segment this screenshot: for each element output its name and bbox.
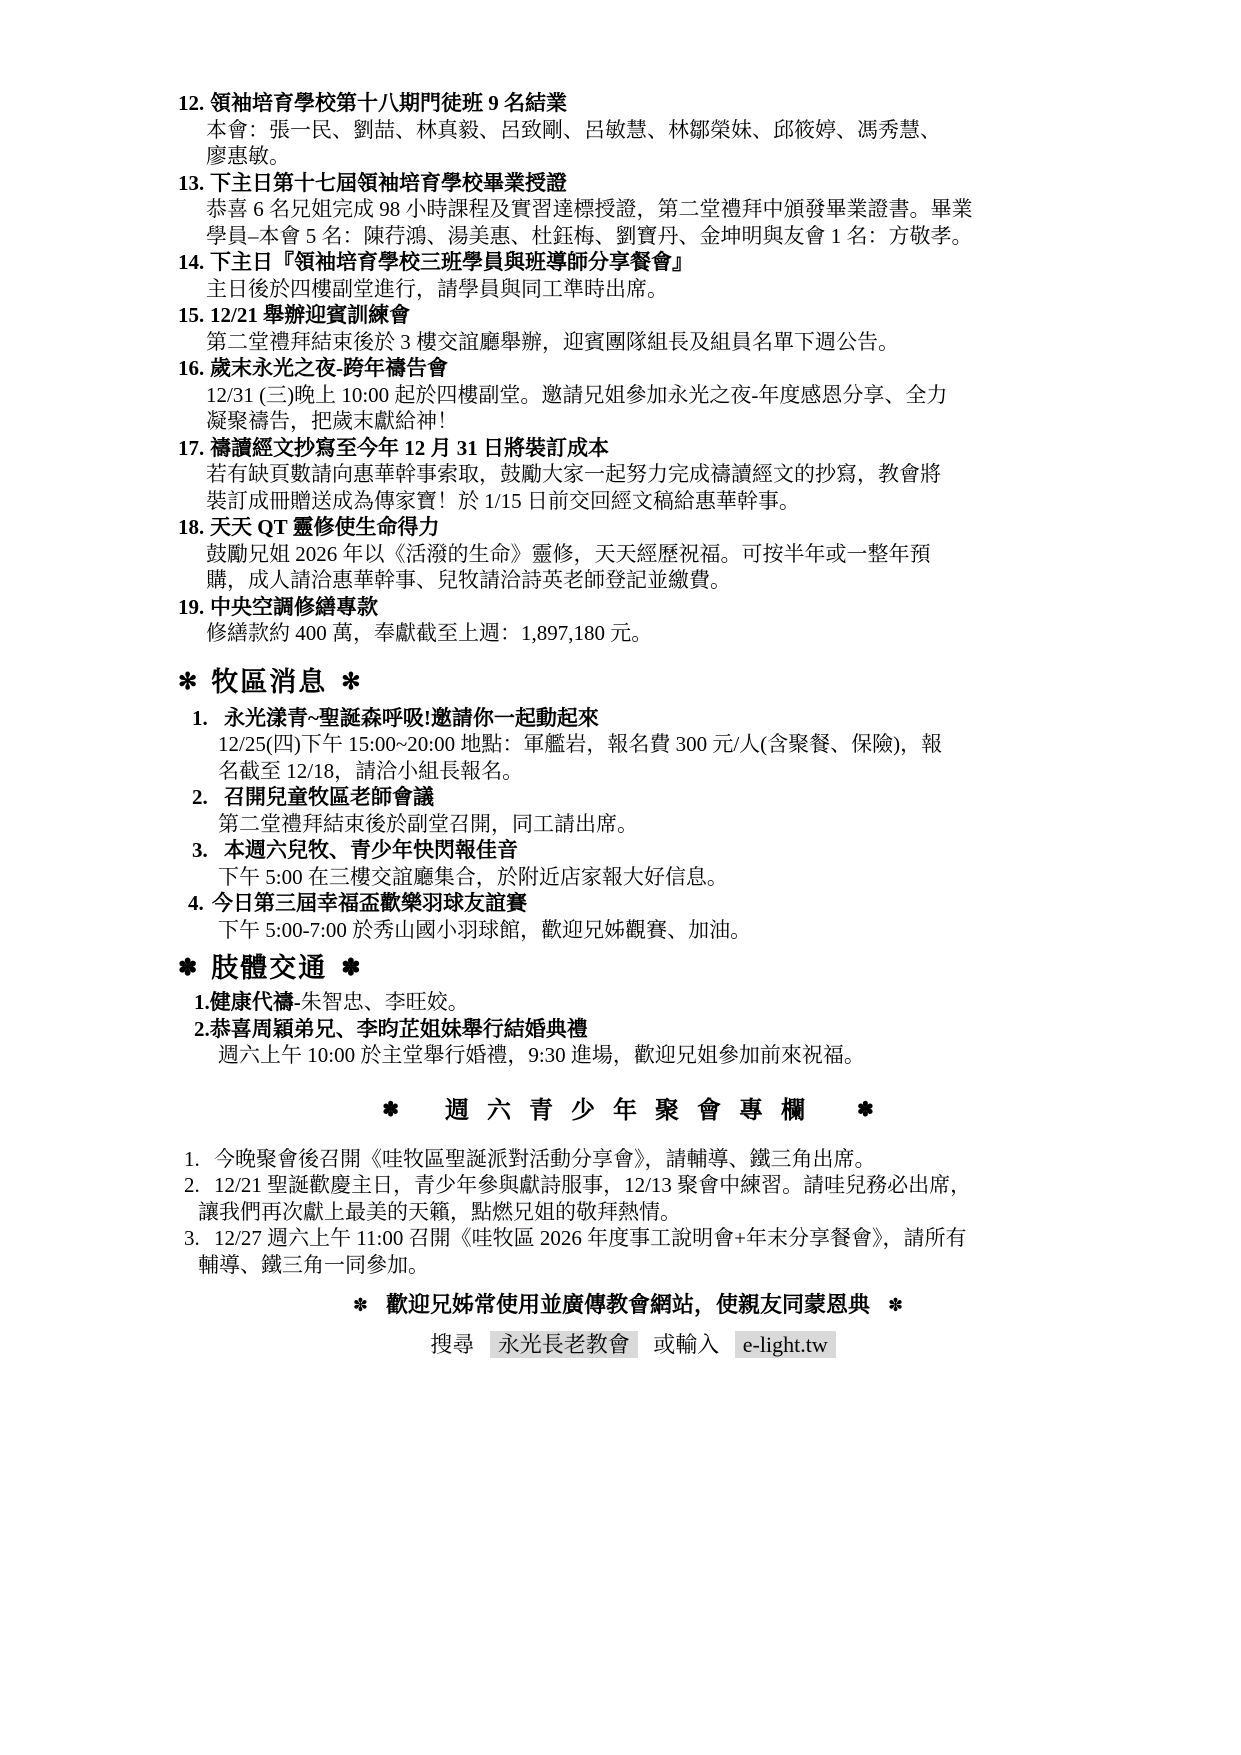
item-line: 今晚聚會後召開《哇牧區聖誕派對活動分享會》，請輔導、鐵三角出席。 [214,1146,876,1173]
announcement-item: 12. 領袖培育學校第十八期門徒班 9 名結業 本會：張一民、劉喆、林真毅、呂致… [178,90,1078,170]
parish-item-heading: 4. 今日第三屆幸福盃歡樂羽球友誼賽 [178,890,1078,917]
item-number: 19. [178,594,210,621]
announcement-heading: 17. 禱讀經文抄寫至今年 12 月 31 日將裝訂成本 [178,435,1078,462]
website-promo-line: ✽歡迎兄姊常使用並廣傳教會網站，使親友同蒙恩典✽ [178,1290,1078,1320]
footer-section: ✽歡迎兄姊常使用並廣傳教會網站，使親友同蒙恩典✽ 搜尋 永光長老教會 或輸入 e… [178,1290,1078,1359]
item-number: 15. [178,302,210,329]
item-title: 天天 QT 靈修使生命得力 [210,514,439,541]
parish-item: 1. 永光漾青~聖誕森呼吸!邀請你一起動起來 12/25(四)下午 15:00~… [178,705,1078,785]
search-term-highlight: 永光長老教會 [490,1331,638,1358]
announcement-item: 17. 禱讀經文抄寫至今年 12 月 31 日將裝訂成本 若有缺頁數請向惠華幹事… [178,435,1078,515]
item-line: 主日後於四樓副堂進行，請學員與同工準時出席。 [178,276,1078,303]
item-text: 朱智忠、李旺姣。 [301,990,469,1014]
announcement-heading: 14. 下主日『領袖培育學校三班學員與班導師分享餐會』 [178,249,1078,276]
item-title: 下主日『領袖培育學校三班學員與班導師分享餐會』 [210,249,693,276]
item-title: 健康代禱- [210,990,301,1014]
item-line: 輔導、鐵三角一同參加。 [178,1252,1078,1279]
item-number: 2. [192,784,224,811]
website-url-highlight: e-light.tw [735,1331,836,1358]
item-line: 12/25(四)下午 15:00~20:00 地點：軍艦岩，報名費 300 元/… [178,731,1078,758]
item-number: 3. [184,1225,214,1252]
item-line: 12/21 聖誕歡慶主日，青少年參與獻詩服事，12/13 聚會中練習。請哇兒務必… [214,1172,971,1199]
bulletin-content: 12. 領袖培育學校第十八期門徒班 9 名結業 本會：張一民、劉喆、林真毅、呂致… [178,90,1078,1359]
fellowship-item: 1.健康代禱-朱智忠、李旺姣。 [178,989,1078,1016]
item-number: 3. [192,837,224,864]
item-line: 第二堂禮拜結束後於副堂召開，同工請出席。 [178,811,1078,838]
youth-item: 3. 12/27 週六上午 11:00 召開《哇牧區 2026 年度事工說明會+… [178,1225,1078,1278]
flower-icon: ✻ [341,669,360,694]
item-title: 12/21 舉辦迎賓訓練會 [210,302,410,329]
item-title: 恭喜周穎弟兄、李昀芷姐妹舉行結婚典禮 [210,1017,588,1041]
item-number: 2. [194,1017,210,1041]
flower-icon: ✽ [382,1099,399,1121]
parish-item-heading: 1. 永光漾青~聖誕森呼吸!邀請你一起動起來 [178,705,1078,732]
item-line: 週六上午 10:00 於主堂舉行婚禮，9:30 進場，歡迎兄姐參加前來祝福。 [194,1042,1078,1069]
or-input-label: 或輸入 [653,1332,719,1357]
youth-item-line: 3. 12/27 週六上午 11:00 召開《哇牧區 2026 年度事工說明會+… [178,1225,1078,1252]
announcement-item: 15. 12/21 舉辦迎賓訓練會 第二堂禮拜結束後於 3 樓交誼廳舉辦，迎賓團… [178,302,1078,355]
fellowship-item: 2.恭喜周穎弟兄、李昀芷姐妹舉行結婚典禮 週六上午 10:00 於主堂舉行婚禮，… [178,1016,1078,1069]
item-title: 中央空調修繕專款 [210,594,378,621]
item-line: 下午 5:00 在三樓交誼廳集合，於附近店家報大好信息。 [178,864,1078,891]
youth-item-line: 1. 今晚聚會後召開《哇牧區聖誕派對活動分享會》，請輔導、鐵三角出席。 [178,1146,1078,1173]
item-line: 裝訂成冊贈送成為傳家寶！於 1/15 日前交回經文稿給惠華幹事。 [178,488,1078,515]
parish-item: 2. 召開兒童牧區老師會議 第二堂禮拜結束後於副堂召開，同工請出席。 [178,784,1078,837]
item-line: 恭喜 6 名兄姐完成 98 小時課程及實習達標授證，第二堂禮拜中頒發畢業證書。畢… [178,196,1078,223]
youth-item-line: 2. 12/21 聖誕歡慶主日，青少年參與獻詩服事，12/13 聚會中練習。請哇… [178,1172,1078,1199]
parish-item: 4. 今日第三屆幸福盃歡樂羽球友誼賽 下午 5:00-7:00 於秀山國小羽球館… [178,890,1078,943]
item-title: 本週六兒牧、青少年快閃報佳音 [224,837,518,864]
item-number: 4. [188,890,212,917]
item-title: 下主日第十七屆領袖培育學校畢業授證 [210,170,567,197]
item-line: 廖惠敏。 [178,143,1078,170]
parish-item-heading: 3. 本週六兒牧、青少年快閃報佳音 [178,837,1078,864]
announcement-heading: 15. 12/21 舉辦迎賓訓練會 [178,302,1078,329]
item-title: 永光漾青~聖誕森呼吸!邀請你一起動起來 [224,705,599,732]
flower-icon: ✽ [353,1295,368,1315]
flower-icon: ✽ [178,955,197,980]
item-line: 名截至 12/18，請洽小組長報名。 [178,758,1078,785]
item-number: 14. [178,249,210,276]
item-title: 領袖培育學校第十八期門徒班 9 名結業 [210,90,567,117]
item-line: 第二堂禮拜結束後於 3 樓交誼廳舉辦，迎賓團隊組長及組員名單下週公告。 [178,329,1078,356]
item-line: 修繕款約 400 萬，奉獻截至上週：1,897,180 元。 [178,620,1078,647]
section-title: 週 六 青 少 年 聚 會 專 欄 [445,1098,811,1124]
announcement-heading: 18. 天天 QT 靈修使生命得力 [178,514,1078,541]
item-line: 凝聚禱告，把歲末獻給神！ [178,408,1078,435]
item-number: 13. [178,170,210,197]
item-title: 召開兒童牧區老師會議 [224,784,434,811]
flower-icon: ✻ [178,669,197,694]
announcement-item: 19. 中央空調修繕專款 修繕款約 400 萬，奉獻截至上週：1,897,180… [178,594,1078,647]
youth-column-section: ✽週 六 青 少 年 聚 會 專 欄✽ 1. 今晚聚會後召開《哇牧區聖誕派對活動… [178,1095,1078,1279]
flower-icon: ✽ [341,955,360,980]
announcement-heading: 19. 中央空調修繕專款 [178,594,1078,621]
announcement-heading: 13. 下主日第十七屆領袖培育學校畢業授證 [178,170,1078,197]
fellowship-section: ✽肢體交通✽ 1.健康代禱-朱智忠、李旺姣。 2.恭喜周穎弟兄、李昀芷姐妹舉行結… [178,951,1078,1069]
item-number: 1. [194,990,210,1014]
flower-icon: ✽ [857,1099,874,1121]
parish-news-section: ✻牧區消息✻ 1. 永光漾青~聖誕森呼吸!邀請你一起動起來 12/25(四)下午… [178,665,1078,944]
item-title: 今日第三屆幸福盃歡樂羽球友誼賽 [212,890,527,917]
announcement-item: 14. 下主日『領袖培育學校三班學員與班導師分享餐會』 主日後於四樓副堂進行，請… [178,249,1078,302]
item-number: 17. [178,435,210,462]
promo-text: 歡迎兄姊常使用並廣傳教會網站，使親友同蒙恩典 [386,1292,870,1317]
item-title: 歲末永光之夜-跨年禱告會 [210,355,448,382]
item-line: 12/31 (三)晚上 10:00 起於四樓副堂。邀請兄姐參加永光之夜-年度感恩… [178,382,1078,409]
item-number: 2. [184,1172,214,1199]
item-line: 讓我們再次獻上最美的天籟，點燃兄姐的敬拜熱情。 [178,1199,1078,1226]
item-line: 下午 5:00-7:00 於秀山國小羽球館，歡迎兄姊觀賽、加油。 [178,917,1078,944]
flower-icon: ✽ [888,1295,903,1315]
youth-item: 2. 12/21 聖誕歡慶主日，青少年參與獻詩服事，12/13 聚會中練習。請哇… [178,1172,1078,1225]
item-number: 1. [184,1146,214,1173]
bulletin-page: 12. 領袖培育學校第十八期門徒班 9 名結業 本會：張一民、劉喆、林真毅、呂致… [0,0,1241,1755]
youth-column-heading: ✽週 六 青 少 年 聚 會 專 欄✽ [178,1095,1078,1126]
search-instruction-line: 搜尋 永光長老教會 或輸入 e-light.tw [178,1332,1078,1359]
search-label: 搜尋 [430,1332,474,1357]
announcement-heading: 12. 領袖培育學校第十八期門徒班 9 名結業 [178,90,1078,117]
announcement-item: 18. 天天 QT 靈修使生命得力 鼓勵兄姐 2026 年以《活潑的生命》靈修，… [178,514,1078,594]
item-number: 12. [178,90,210,117]
parish-item: 3. 本週六兒牧、青少年快閃報佳音 下午 5:00 在三樓交誼廳集合，於附近店家… [178,837,1078,890]
item-number: 18. [178,514,210,541]
item-line: 學員–本會 5 名：陳荇鴻、湯美惠、杜鈺梅、劉寶丹、金坤明與友會 1 名：方敬孝… [178,223,1078,250]
announcement-item: 13. 下主日第十七屆領袖培育學校畢業授證 恭喜 6 名兄姐完成 98 小時課程… [178,170,1078,250]
parish-news-heading: ✻牧區消息✻ [178,665,1078,699]
item-number: 16. [178,355,210,382]
item-line: 鼓勵兄姐 2026 年以《活潑的生命》靈修，天天經歷祝福。可按半年或一整年預 [178,541,1078,568]
main-announcements-section: 12. 領袖培育學校第十八期門徒班 9 名結業 本會：張一民、劉喆、林真毅、呂致… [178,90,1078,647]
item-line: 12/27 週六上午 11:00 召開《哇牧區 2026 年度事工說明會+年末分… [214,1225,966,1252]
section-title: 肢體交通 [211,953,327,983]
youth-item: 1. 今晚聚會後召開《哇牧區聖誕派對活動分享會》，請輔導、鐵三角出席。 [178,1146,1078,1173]
fellowship-heading: ✽肢體交通✽ [178,951,1078,985]
announcement-heading: 16. 歲末永光之夜-跨年禱告會 [178,355,1078,382]
item-title: 禱讀經文抄寫至今年 12 月 31 日將裝訂成本 [210,435,609,462]
item-line: 若有缺頁數請向惠華幹事索取，鼓勵大家一起努力完成禱讀經文的抄寫，教會將 [178,461,1078,488]
announcement-item: 16. 歲末永光之夜-跨年禱告會 12/31 (三)晚上 10:00 起於四樓副… [178,355,1078,435]
item-line: 購，成人請洽惠華幹事、兒牧請洽詩英老師登記並繳費。 [178,567,1078,594]
parish-item-heading: 2. 召開兒童牧區老師會議 [178,784,1078,811]
section-title: 牧區消息 [211,667,327,697]
item-line: 本會：張一民、劉喆、林真毅、呂致剛、呂敏慧、林鄒榮妹、邱筱婷、馮秀慧、 [178,117,1078,144]
item-number: 1. [192,705,224,732]
